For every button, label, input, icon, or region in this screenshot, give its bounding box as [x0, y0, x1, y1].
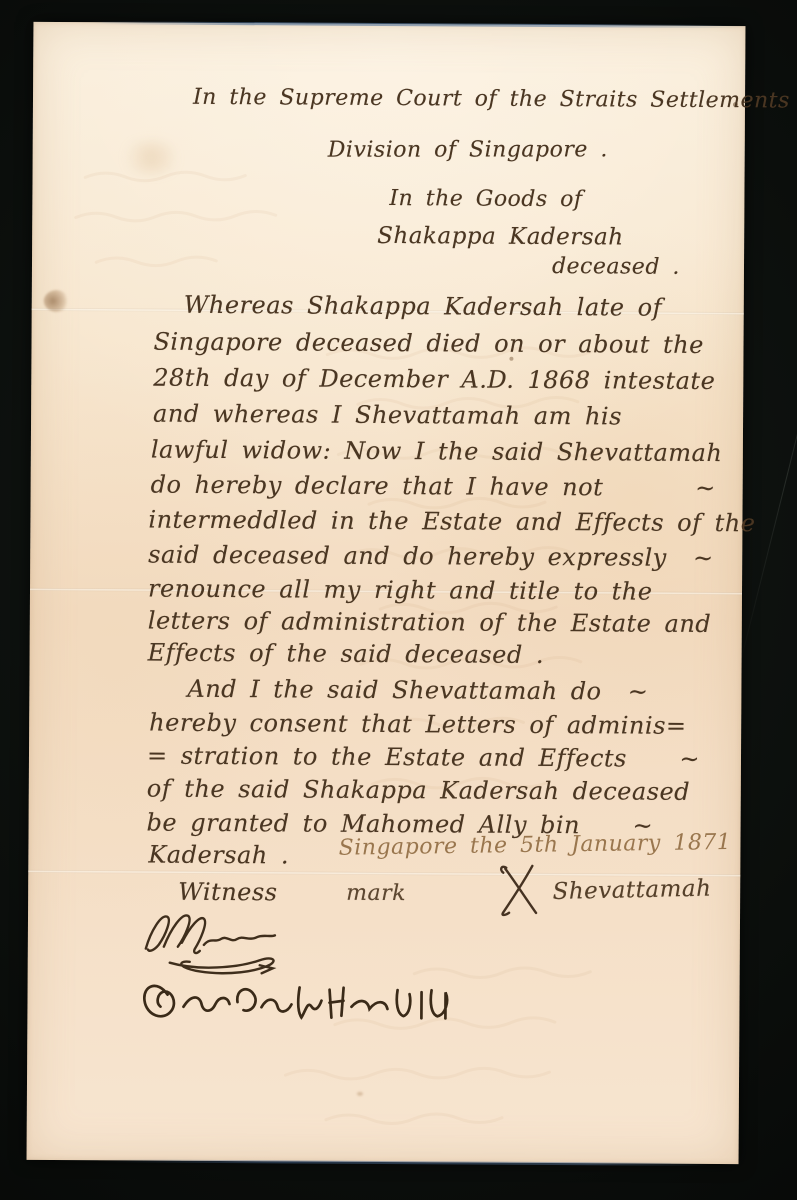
- header-deceased-name: Shakappa Kadersah: [377, 223, 624, 251]
- header-division-line: Division of Singapore .: [328, 137, 608, 162]
- body-line: do hereby declare that I have not ~: [151, 471, 716, 502]
- body-line: Whereas Shakappa Kadersah late of: [184, 291, 662, 322]
- body-line: intermeddled in the Estate and Effects o…: [148, 506, 755, 538]
- body-line: And I the said Shevattamah do ~: [187, 675, 648, 706]
- body-line: lawful widow: Now I the said Shevattamah: [151, 436, 723, 467]
- x-mark-icon: [494, 863, 546, 919]
- mark-label: mark: [346, 881, 406, 906]
- tamil-signature: [137, 974, 482, 1040]
- header-goods-line: In the Goods of: [389, 186, 582, 212]
- witness-label: Witness: [178, 878, 278, 907]
- body-line: letters of administration of the Estate …: [148, 607, 712, 638]
- header-deceased-label: deceased .: [552, 254, 680, 280]
- body-line: hereby consent that Letters of adminis=: [149, 709, 687, 740]
- body-line: renounce all my right and title to the: [148, 575, 653, 606]
- body-line: Kadersah .: [148, 841, 289, 870]
- header-court-line: In the Supreme Court of the Straits Sett…: [193, 85, 790, 114]
- document-page: In the Supreme Court of the Straits Sett…: [27, 22, 746, 1164]
- photo-background: In the Supreme Court of the Straits Sett…: [0, 0, 797, 1200]
- body-line: of the said Shakappa Kadersah deceased: [147, 775, 690, 806]
- body-line: Singapore deceased died on or about the: [153, 328, 704, 359]
- body-line: said deceased and do hereby expressly ~: [148, 541, 714, 572]
- signatory-name: Shevattamah: [552, 876, 711, 905]
- witness-signature: [138, 904, 308, 985]
- body-line: and whereas I Shevattamah am his: [153, 400, 622, 431]
- body-line: Effects of the said deceased .: [148, 639, 545, 669]
- body-line: 28th day of December A.D. 1868 intestate: [153, 364, 715, 395]
- body-line: = stration to the Estate and Effects ~: [147, 742, 700, 773]
